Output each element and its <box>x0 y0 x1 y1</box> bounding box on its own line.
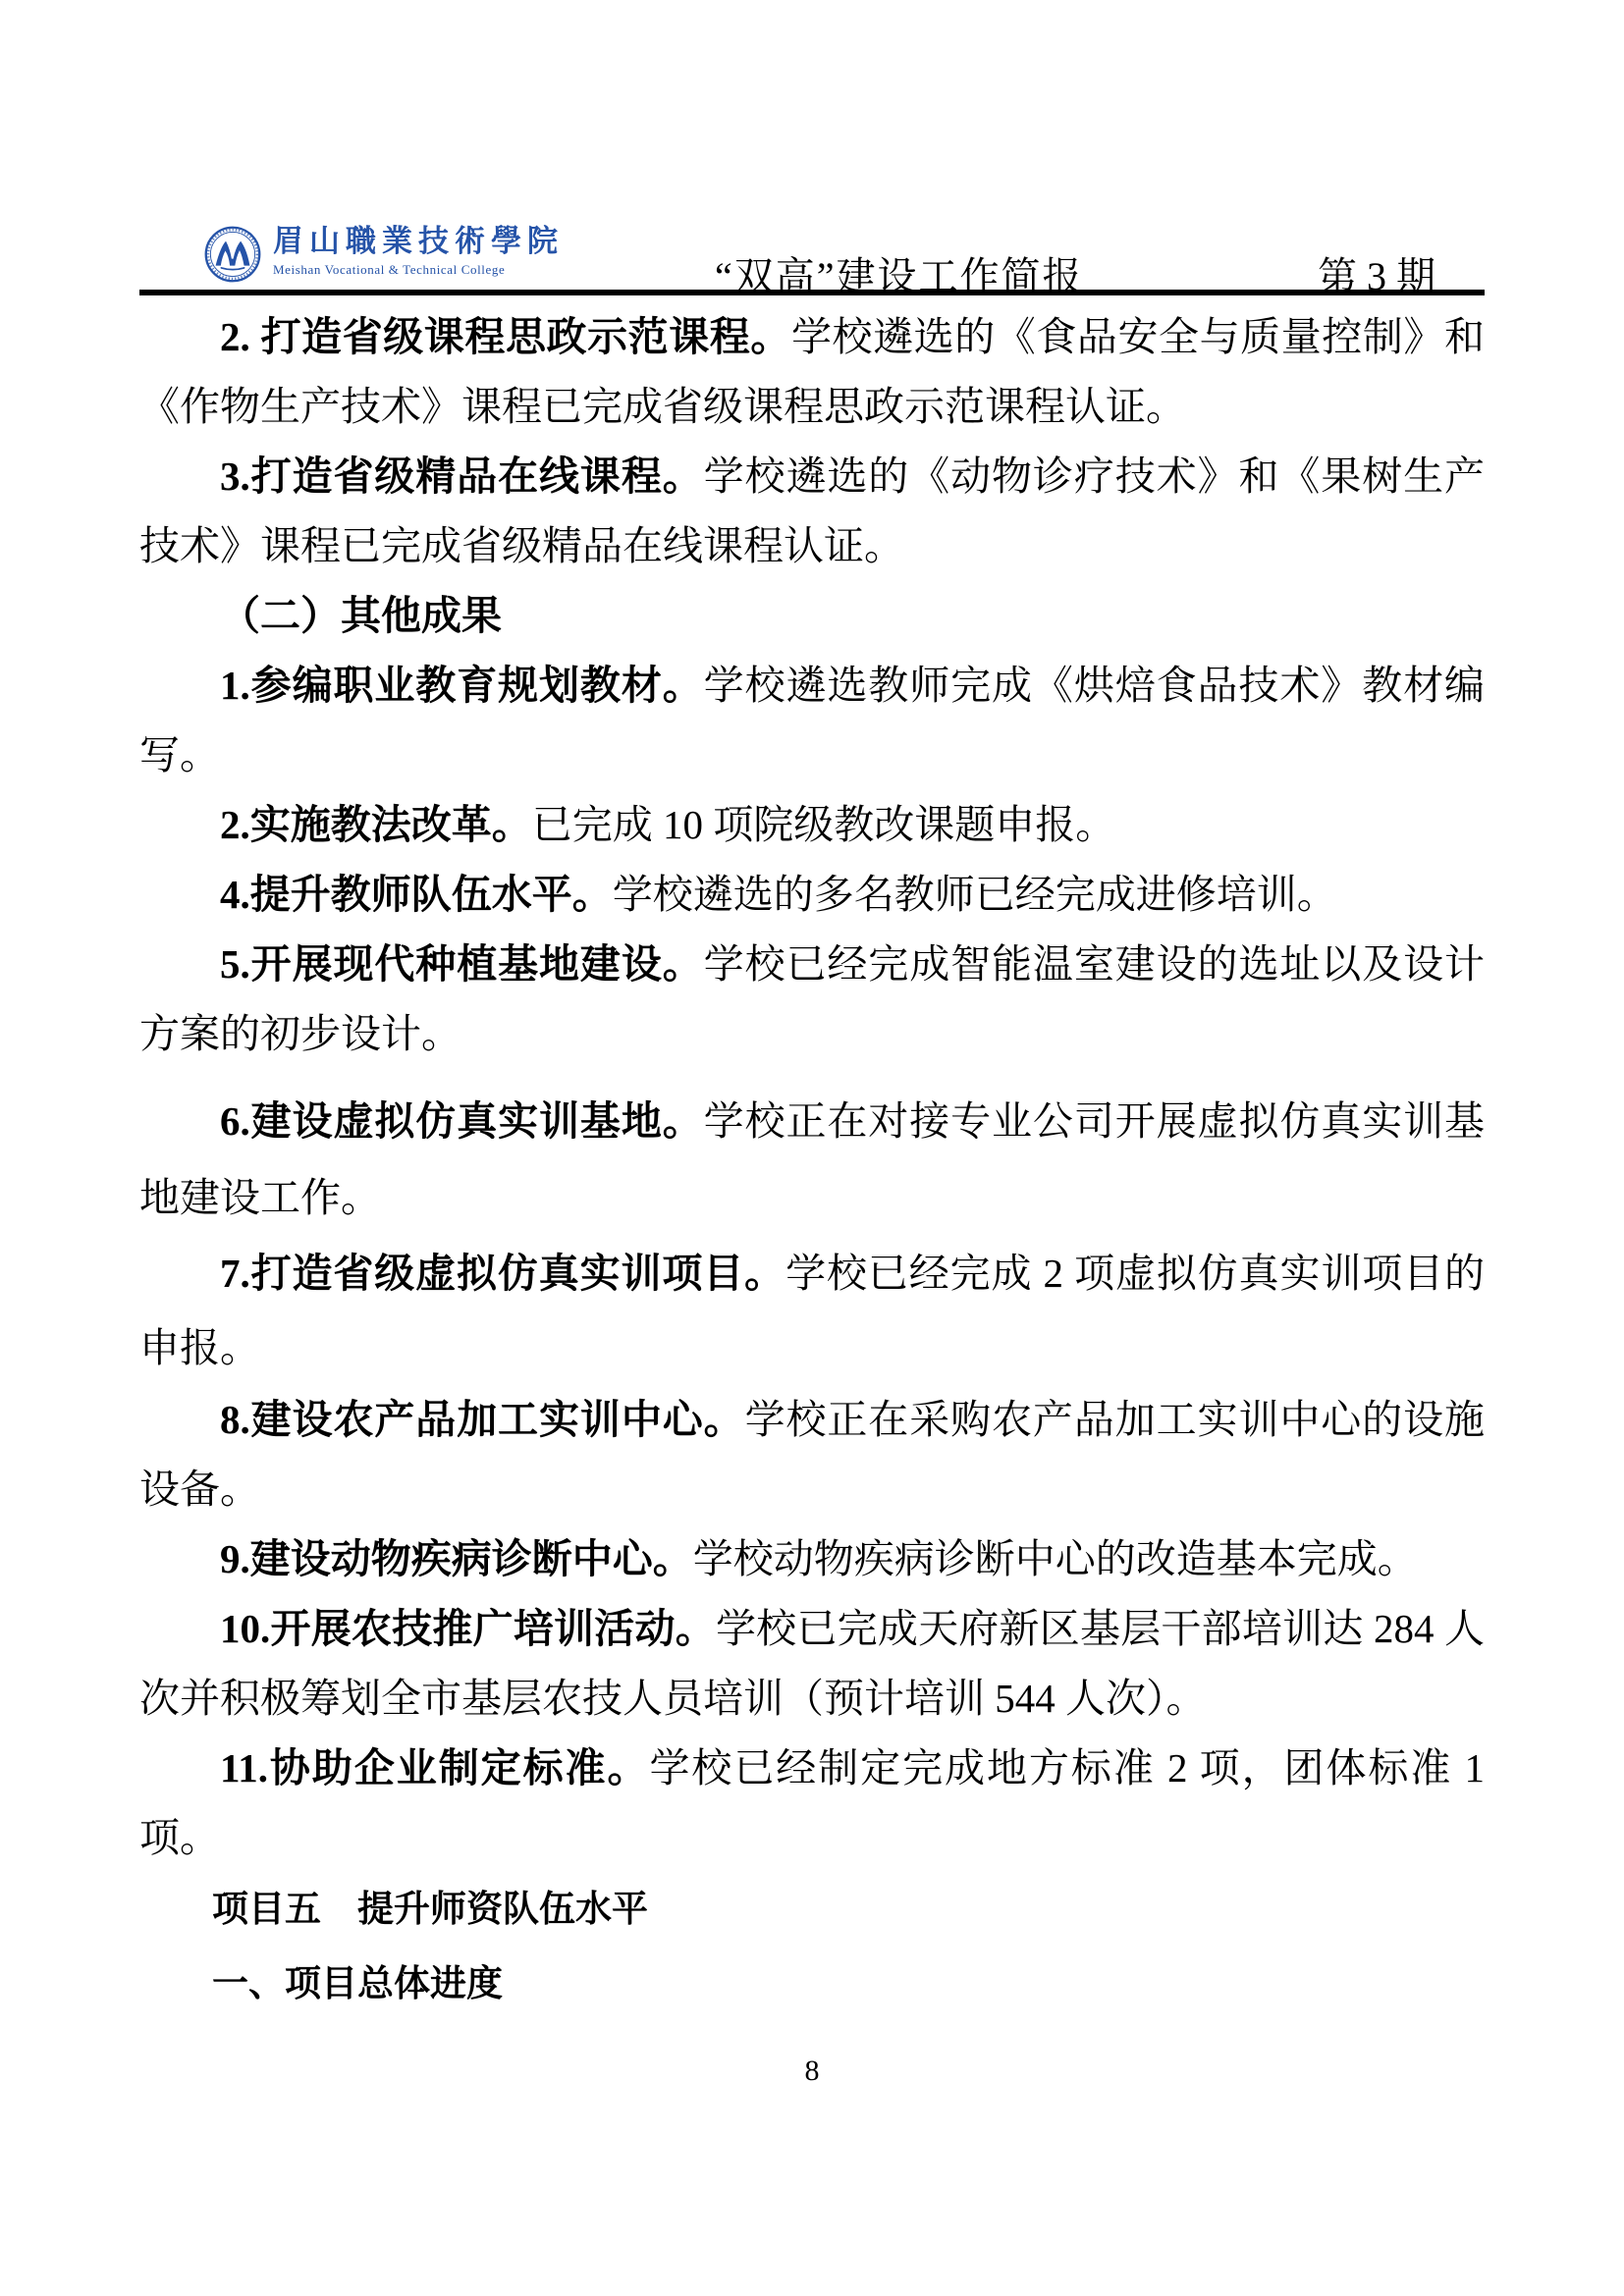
document-body: 2. 打造省级课程思政示范课程。学校遴选的《食品安全与质量控制》和《作物生产技术… <box>139 302 1485 2016</box>
paragraph-text: 已完成 10 项院级教改课题申报。 <box>532 802 1116 847</box>
paragraph-lead: 9.建设动物疾病诊断中心。 <box>220 1536 693 1581</box>
college-logo: 眉山職業技術學院 Meishan Vocational & Technical … <box>204 226 564 283</box>
subsection-heading: 一、项目总体进度 <box>139 1951 1485 2016</box>
body-paragraph: 10.开展农技推广培训活动。学校已完成天府新区基层干部培训达 284 人次并积极… <box>139 1594 1485 1734</box>
paragraph-text: 学校动物疾病诊断中心的改造基本完成。 <box>693 1536 1418 1581</box>
college-seal-icon <box>204 226 261 283</box>
body-paragraph: 6.建设虚拟仿真实训基地。学校正在对接专业公司开展虚拟仿真实训基地建设工作。 <box>139 1083 1485 1236</box>
header-divider <box>139 290 1485 295</box>
project-heading: 项目五 提升师资队伍水平 <box>139 1877 1485 1942</box>
paragraph-lead: 1.参编职业教育规划教材。 <box>220 663 704 708</box>
paragraph-lead: 3.打造省级精品在线课程。 <box>220 454 704 499</box>
document-page: 眉山職業技術學院 Meishan Vocational & Technical … <box>0 0 1624 2296</box>
college-name-en: Meishan Vocational & Technical College <box>273 262 564 278</box>
page-number: 8 <box>0 2055 1624 2088</box>
page-header: 眉山職業技術學院 Meishan Vocational & Technical … <box>139 220 1485 291</box>
paragraph-lead: 4.提升教师队伍水平。 <box>220 872 613 917</box>
paragraph-lead: 5.开展现代种植基地建设。 <box>220 941 704 987</box>
body-paragraph: 7.打造省级虚拟仿真实训项目。学校已经完成 2 项虚拟仿真实训项目的申报。 <box>139 1236 1485 1385</box>
body-paragraph: 1.参编职业教育规划教材。学校遴选教师完成《烘焙食品技术》教材编写。 <box>139 651 1485 790</box>
paragraph-lead: 6.建设虚拟仿真实训基地。 <box>220 1098 704 1144</box>
paragraph-lead: 11.协助企业制定标准。 <box>220 1745 649 1790</box>
paragraph-text: 学校遴选的多名教师已经完成进修培训。 <box>613 872 1337 917</box>
section-heading: （二）其他成果 <box>139 581 1485 651</box>
paragraph-lead: 10.开展农技推广培训活动。 <box>220 1606 716 1651</box>
body-paragraph: 11.协助企业制定标准。学校已经制定完成地方标准 2 项，团体标准 1 项。 <box>139 1734 1485 1873</box>
body-paragraph: 9.建设动物疾病诊断中心。学校动物疾病诊断中心的改造基本完成。 <box>139 1524 1485 1594</box>
college-name-zh: 眉山職業技術學院 <box>273 226 564 258</box>
body-paragraph: 2. 打造省级课程思政示范课程。学校遴选的《食品安全与质量控制》和《作物生产技术… <box>139 302 1485 442</box>
body-paragraph: 3.打造省级精品在线课程。学校遴选的《动物诊疗技术》和《果树生产技术》课程已完成… <box>139 442 1485 581</box>
body-paragraph: 5.开展现代种植基地建设。学校已经完成智能温室建设的选址以及设计方案的初步设计。 <box>139 930 1485 1069</box>
paragraph-lead: 2. 打造省级课程思政示范课程。 <box>220 314 791 359</box>
body-paragraph: 2.实施教法改革。已完成 10 项院级教改课题申报。 <box>139 790 1485 860</box>
body-paragraph: 8.建设农产品加工实训中心。学校正在采购农产品加工实训中心的设施设备。 <box>139 1385 1485 1524</box>
body-paragraph: 4.提升教师队伍水平。学校遴选的多名教师已经完成进修培训。 <box>139 860 1485 930</box>
paragraph-lead: 8.建设农产品加工实训中心。 <box>220 1397 745 1442</box>
paragraph-lead: 7.打造省级虚拟仿真实训项目。 <box>220 1251 785 1296</box>
paragraph-lead: 2.实施教法改革。 <box>220 802 532 847</box>
college-names: 眉山職業技術學院 Meishan Vocational & Technical … <box>273 226 564 278</box>
